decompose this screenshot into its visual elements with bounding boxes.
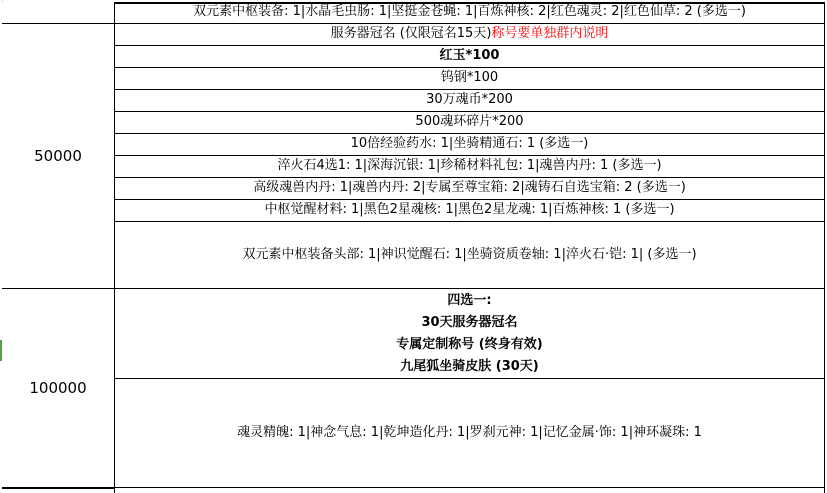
cell-server-naming: 服务器冠名 (仅限冠名15天) 称号要单独群内说明 <box>115 24 824 46</box>
cell-soul-ring-fragment: 500魂环碎片*200 <box>115 112 824 134</box>
cell-bottom-empty <box>115 488 824 493</box>
reward-table-screen: 双元素中枢装备: 1|水晶毛虫肠: 1|坚挺金苍蝇: 1|百炼神核: 2|红色魂… <box>0 0 827 493</box>
four-choices-option-server-naming: 30天服务器冠名 <box>421 312 517 334</box>
server-naming-red-note: 称号要单独群内说明 <box>491 26 608 42</box>
amount-cell-bottom-empty <box>2 487 115 493</box>
four-choices-option-mount-skin: 九尾狐坐骑皮肤 (30天) <box>400 356 539 378</box>
tier-50000: 50000 服务器冠名 (仅限冠名15天) 称号要单独群内说明 红玉*100 钨… <box>2 23 825 288</box>
cell-soul-essence: 魂灵精魄: 1|神念气息: 1|乾坤造化丹: 1|罗刹元神: 1|记忆金属·饰:… <box>115 379 824 487</box>
cell-ruby: 红玉*100 <box>115 46 824 68</box>
tier-partial-top: 双元素中枢装备: 1|水晶毛虫肠: 1|坚挺金苍蝇: 1|百炼神核: 2|红色魂… <box>2 2 825 23</box>
cell-soul-coin: 30万魂币*200 <box>115 90 824 112</box>
amount-cell-50000: 50000 <box>2 24 115 288</box>
cell-quench-stone: 淬火石4选1: 1|深海沉银: 1|珍稀材料礼包: 1|魂兽内丹: 1 (多选一… <box>115 156 824 178</box>
cell-four-choices: 四选一: 30天服务器冠名 专属定制称号 (终身有效) 九尾狐坐骑皮肤 (30天… <box>115 289 824 379</box>
cell-tungsten: 钨钢*100 <box>115 68 824 90</box>
cell-dual-element-hub-gear: 双元素中枢装备: 1|水晶毛虫肠: 1|坚挺金苍蝇: 1|百炼神核: 2|红色魂… <box>115 4 824 20</box>
tier-partial-bottom <box>2 487 825 493</box>
cell-hub-awaken-material: 中枢觉醒材料: 1|黑色2星魂核: 1|黑色2星龙魂: 1|百炼神核: 1 (多… <box>115 200 824 222</box>
cell-advanced-beast-core: 高级魂兽内丹: 1|魂兽内丹: 2|专属至尊宝箱: 2|魂铸石自选宝箱: 2 (… <box>115 178 824 200</box>
four-choices-header: 四选一: <box>447 290 491 312</box>
amount-cell-100000: 100000 <box>2 289 115 487</box>
cell-exp-potion: 10倍经验药水: 1|坐骑精通石: 1 (多选一) <box>115 134 824 156</box>
server-naming-text: 服务器冠名 (仅限冠名15天) <box>331 26 492 42</box>
amount-cell-empty <box>2 2 115 23</box>
tier-100000: 100000 四选一: 30天服务器冠名 专属定制称号 (终身有效) 九尾狐坐骑… <box>2 288 825 487</box>
cell-hub-gear-head: 双元素中枢装备头部: 1|神识觉醒石: 1|坐骑资质卷轴: 1|淬火石·铠: 1… <box>115 222 824 288</box>
four-choices-option-custom-title: 专属定制称号 (终身有效) <box>396 334 542 356</box>
